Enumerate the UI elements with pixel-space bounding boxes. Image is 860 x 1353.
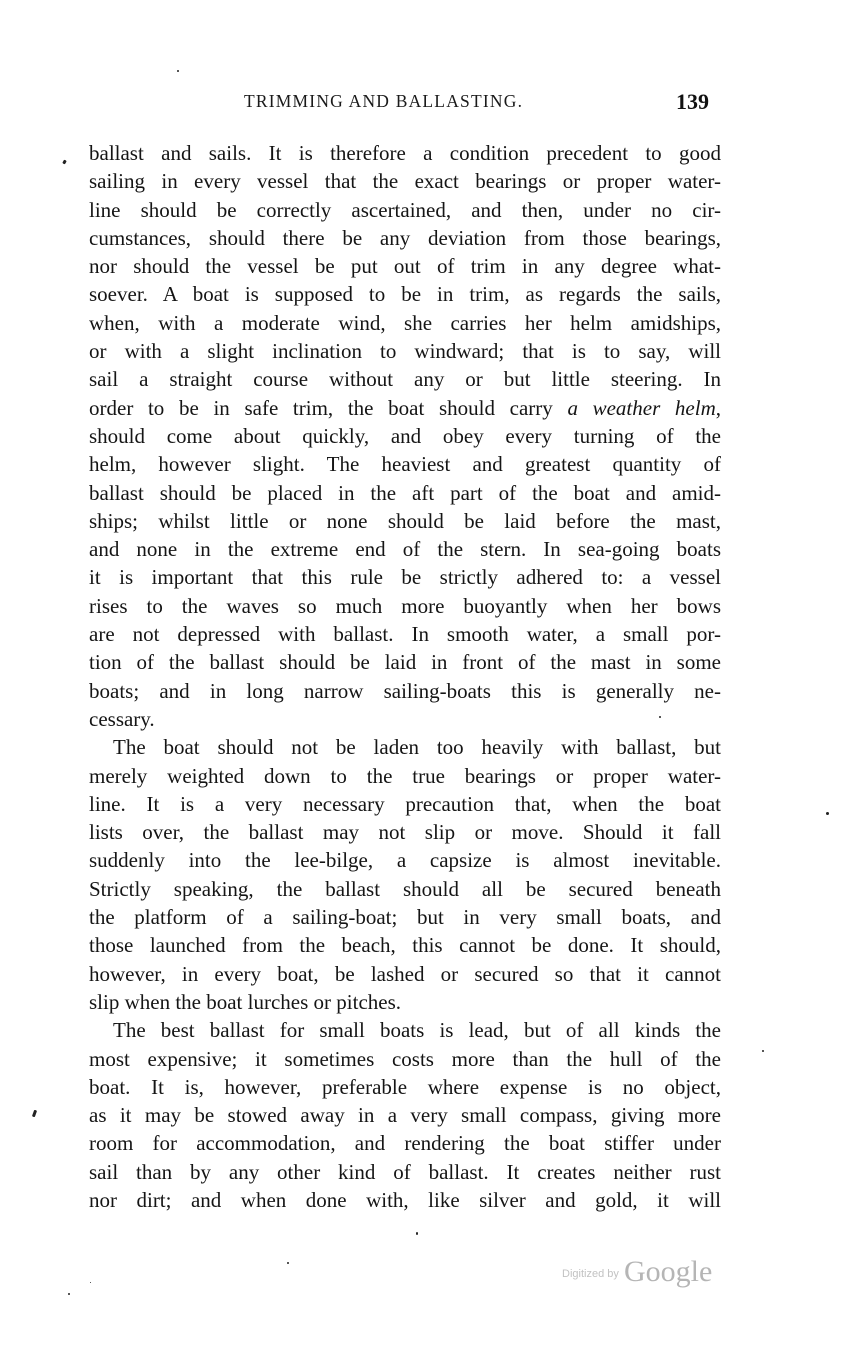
scan-speck [416,1232,418,1235]
italic-phrase: a weather helm [567,396,715,420]
google-logo: Google [624,1255,712,1288]
scan-speck [287,1262,289,1264]
text-line: boats; and in long narrow sailing-boats … [89,677,721,705]
text-line: merely weighted down to the true bearing… [89,762,721,790]
text-line: nor should the vessel be put out of trim… [89,252,721,280]
text-line: lists over, the ballast may not slip or … [89,818,721,846]
text-line: The boat should not be laden too heavily… [89,733,721,761]
text-line: cumstances, should there be any deviatio… [89,224,721,252]
text-line: it is important that this rule be strict… [89,563,721,591]
text-segment: order to be in safe trim, the boat shoul… [89,396,567,420]
text-line: and none in the extreme end of the stern… [89,535,721,563]
text-line: when, with a moderate wind, she carries … [89,309,721,337]
text-line: ballast and sails. It is therefore a con… [89,139,721,167]
text-line: boat. It is, however, preferable where e… [89,1073,721,1101]
text-line: or with a slight inclination to windward… [89,337,721,365]
scan-speck [177,70,179,72]
scan-speck [68,1293,70,1295]
page-number: 139 [676,89,709,115]
running-title: TRIMMING AND BALLASTING. [244,91,523,112]
text-line: are not depressed with ballast. In smoot… [89,620,721,648]
digitized-watermark: Digitized by Google [562,1255,712,1289]
scan-speck [762,1050,764,1052]
text-line: slip when the boat lurches or pitches. [89,988,721,1016]
text-line: Strictly speaking, the ballast should al… [89,875,721,903]
text-line: The best ballast for small boats is lead… [89,1016,721,1044]
text-line: should come about quickly, and obey ever… [89,422,721,450]
paragraph-2: The boat should not be laden too heavily… [89,733,721,1016]
watermark-prefix: Digitized by [562,1268,619,1280]
text-line: line should be correctly ascertained, an… [89,196,721,224]
text-line: most expensive; it sometimes costs more … [89,1045,721,1073]
text-line: as it may be stowed away in a very small… [89,1101,721,1129]
text-line: nor dirt; and when done with, like silve… [89,1186,721,1214]
text-line: sail a straight course without any or bu… [89,365,721,393]
text-line: tion of the ballast should be laid in fr… [89,648,721,676]
scan-speck [826,812,829,815]
paragraph-3: The best ballast for small boats is lead… [89,1016,721,1214]
scan-speck [32,1110,37,1118]
text-line: helm, however slight. The heaviest and g… [89,450,721,478]
text-segment: , [716,396,721,420]
scan-speck [90,1282,91,1283]
text-line: the platform of a sailing-boat; but in v… [89,903,721,931]
body-text: ballast and sails. It is therefore a con… [89,139,721,1214]
text-line: sail than by any other kind of ballast. … [89,1158,721,1186]
text-line: soever. A boat is supposed to be in trim… [89,280,721,308]
scan-speck [659,716,661,718]
text-line: those launched from the beach, this cann… [89,931,721,959]
text-line: ships; whilst little or none should be l… [89,507,721,535]
text-line: ballast should be placed in the aft part… [89,479,721,507]
scan-speck [62,160,67,165]
paragraph-1: ballast and sails. It is therefore a con… [89,139,721,733]
text-line: line. It is a very necessary precaution … [89,790,721,818]
text-line: cessary. [89,705,721,733]
text-line: suddenly into the lee-bilge, a capsize i… [89,846,721,874]
running-head: TRIMMING AND BALLASTING. 139 [0,89,860,119]
text-line: rises to the waves so much more buoyantl… [89,592,721,620]
text-line-with-italic: order to be in safe trim, the boat shoul… [89,394,721,422]
text-line: sailing in every vessel that the exact b… [89,167,721,195]
text-line: however, in every boat, be lashed or sec… [89,960,721,988]
text-line: room for accommodation, and rendering th… [89,1129,721,1157]
